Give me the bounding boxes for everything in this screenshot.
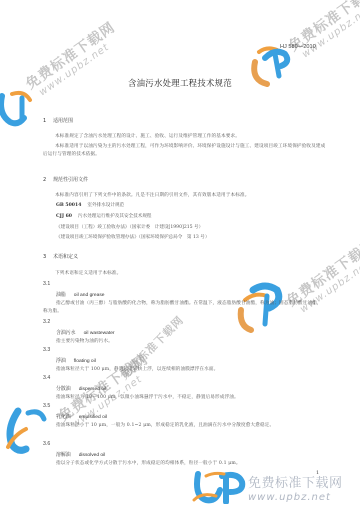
page-number: 1 — [316, 470, 319, 476]
term-definition: 指油珠粒径为 10—100 μm，以微小油珠悬浮于污水中，不稳定，静置后易形成浮… — [43, 394, 326, 402]
term-heading: 含油污水oil wastewater — [56, 329, 115, 336]
section-3-intro: 下列术语和定义适用于本标准。 — [43, 270, 326, 278]
term-id: 3.5 — [43, 403, 50, 409]
term-id: 3.3 — [43, 347, 50, 353]
section-1-para-2: 本标准适用于以油污染为主的污水处理工程，可作为环境影响评价、环境保护设施设计与施… — [43, 143, 326, 159]
section-1-para-1: 本标准规定了含油污水处理工程的设计、施工、验收、运行及维护管理工作的基本要求。 — [43, 133, 326, 141]
document-page: 免费标准下载网 www.upbz.net 免费标准下载网 www.upbz.ne… — [0, 0, 360, 509]
reference-item: GB 50014室外排水设计规范 — [56, 202, 124, 208]
footer-brand: 免费标准下载网 www.upbz.net — [248, 472, 343, 503]
term-id: 3.2 — [43, 319, 50, 325]
section-3-heading: 3术语和定义 — [43, 253, 78, 260]
reference-item: 《建设项目（工程）竣工验收办法》（国家计委 计建设[1990]215 号） — [56, 224, 203, 230]
reference-item: CJJ 60污水处理运行维护及其安全技术规程 — [56, 213, 152, 219]
term-heading: 浮油floating oil — [56, 357, 96, 364]
up-logo-icon — [0, 88, 36, 128]
standard-number: HJ 580—2010 — [280, 44, 316, 50]
section-2-intro: 本标准内容引用了下列文件中的条款。凡是不注日期的引用文件，其有效版本适用于本标准… — [43, 192, 326, 200]
footer-brand-cn: 免费标准下载网 — [248, 472, 343, 491]
term-definition: 指油珠粒径大于 100 μm，静置后能较快上浮，以连续相的油膜漂浮在水面。 — [43, 366, 326, 374]
term-id: 3.4 — [43, 375, 50, 381]
reference-item: 《建设项目竣工环境保护验收管理办法》（国家环境保护总局令 第 13 号） — [56, 234, 209, 240]
footer-up-logo-icon — [192, 470, 248, 504]
term-definition: 指主要污染物为油的污水。 — [43, 338, 326, 346]
term-id: 3.1 — [43, 281, 50, 287]
section-1-heading: 1适用范围 — [43, 117, 73, 124]
section-2-heading: 2规范性引用文件 — [43, 176, 88, 183]
footer-brand-url: www.upbz.net — [248, 492, 343, 503]
term-heading: 分散油dispersed oil — [56, 385, 106, 392]
term-heading: 溶解油dissolved oil — [56, 451, 105, 458]
term-heading: 乳化油emulsified oil — [56, 413, 107, 420]
document-title: 含油污水处理工程技术规范 — [0, 77, 360, 89]
term-definition: 指以分子状态或化学方式分散于污水中，形成稳定的均相体系，粒径一般小于 0.1 μ… — [43, 460, 326, 468]
term-definition: 指油珠粒径小于 10 μm，一般为 0.1~2 μm，形成稳定的乳化液，且油滴在… — [43, 422, 326, 430]
term-id: 3.6 — [43, 441, 50, 447]
term-heading: 油脂oil and grease — [56, 291, 105, 298]
term-definition: 指乙醇或甘油（丙三醇）与脂肪酸的化合物，称为脂肪酸甘油酯。在常温下，液态脂肪酸甘… — [43, 300, 326, 316]
up-logo-icon — [4, 405, 49, 455]
